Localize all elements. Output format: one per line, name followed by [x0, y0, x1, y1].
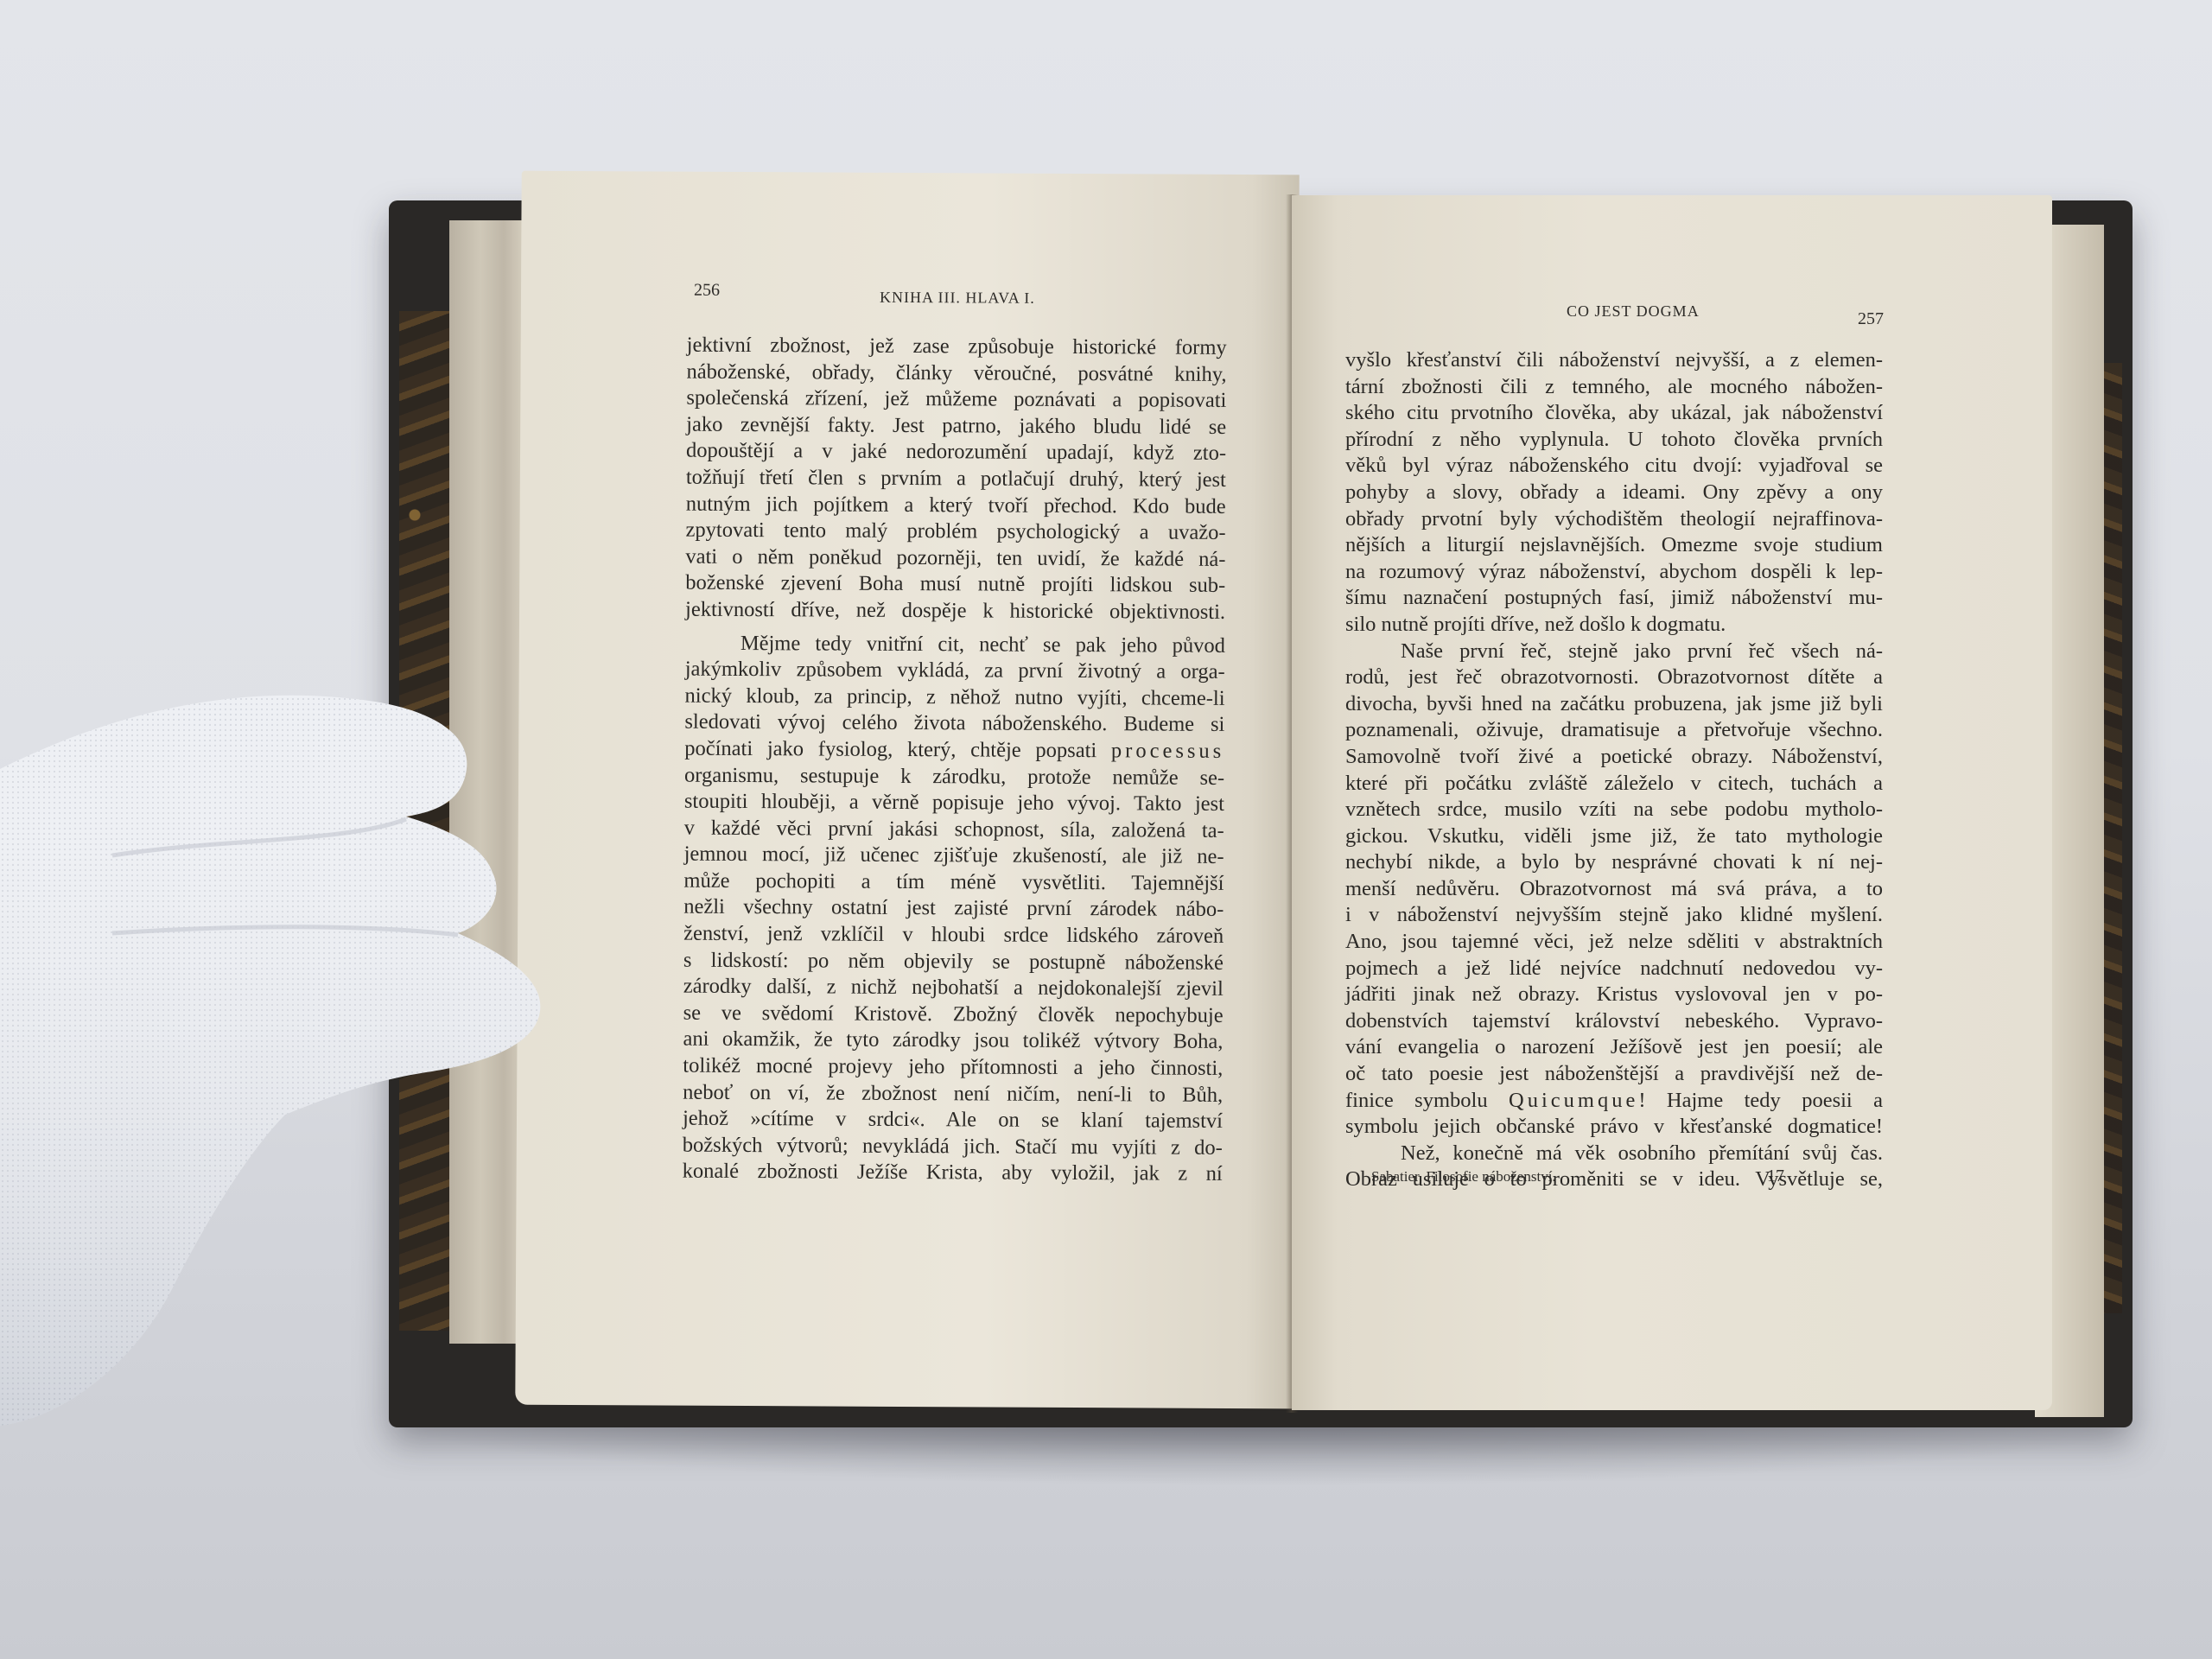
text-fragment: ! Hajme tedy poesii a: [1638, 1089, 1883, 1112]
text-line: které při počátku zvláště záleželo v cit…: [1345, 771, 1883, 798]
text-line: boženské zjevení Boha musí nutně projíti…: [685, 570, 1225, 600]
text-line-with-spaced-word: počínati jako fysiolog, který, chtěje po…: [684, 736, 1224, 766]
text-line: divocha, byvši hned na začátku probuzena…: [1345, 691, 1883, 718]
text-line: nežli všechny ostatní jest zajisté první…: [683, 894, 1224, 924]
text-line: symbolu jejich občanské právo v křesťans…: [1345, 1114, 1883, 1141]
text-line: i v náboženství nejvyšším stejně jako kl…: [1345, 902, 1883, 929]
text-line: jemnou mocí, již učenec zjišťuje zkušeno…: [684, 842, 1224, 871]
text-line: zpytovati tento malý problém psychologic…: [685, 518, 1225, 547]
right-page: CO JEST DOGMA 257 vyšlo křesťanství čili…: [1292, 195, 2052, 1410]
text-line: jektivností dříve, než dospěje k histori…: [685, 597, 1225, 626]
text-line: rodů, jest řeč obrazotvornosti. Obrazotv…: [1345, 664, 1883, 691]
text-line: ského citu prvotního člověka, aby ukázal…: [1345, 400, 1883, 427]
signature-title: Sabatier, Filosofie náboženství.: [1371, 1168, 1556, 1185]
spaced-emphasis: processus: [1111, 739, 1224, 763]
page-number-left: 256: [694, 281, 720, 301]
text-line: se ve svědomí Kristově. Zbožný člověk ne…: [683, 1000, 1224, 1029]
text-line: vznětech srdce, musilo vzíti na sebe pod…: [1345, 797, 1883, 823]
text-line: konalé zbožnosti Ježíše Krista, aby vylo…: [683, 1159, 1223, 1188]
text-line: jádřiti jinak než obrazy. Kristus vyslov…: [1345, 982, 1883, 1008]
text-line: božských výtvorů; nevykládá jich. Stačí …: [683, 1132, 1223, 1161]
text-line: vání evangelia o narození Ježíšově jest …: [1345, 1034, 1883, 1061]
text-line: nutným jich pojítkem a který tvoří přech…: [686, 491, 1226, 520]
spaced-emphasis: Quicumque: [1509, 1089, 1638, 1112]
text-line: přírodní z něho vyplynula. U tohoto člov…: [1345, 427, 1883, 454]
text-line: jehož »cítíme v srdci«. Ale on se klaní …: [683, 1106, 1223, 1135]
text-line: organismu, sestupuje k zárodku, protože …: [684, 762, 1224, 791]
text-fragment: finice symbolu: [1345, 1089, 1488, 1112]
text-line: dopouštějí a v jaké nedorozumění upadají…: [686, 438, 1226, 467]
text-line: v každé věci první jakási schopnost, síl…: [684, 815, 1224, 844]
running-head-left: KNIHA III. HLAVA I.: [880, 289, 1035, 308]
left-page-text: jektivní zbožnost, jež zase způsobuje hi…: [683, 333, 1227, 1188]
text-line: věků byl výraz náboženského citu dvojí: …: [1345, 453, 1883, 480]
text-line: sledovati vývoj celého života náboženské…: [684, 709, 1224, 739]
text-line: jakýmkoliv způsobem vykládá, za první ži…: [685, 657, 1225, 686]
left-page: 256 KNIHA III. HLAVA I. jektivní zbožnos…: [515, 171, 1299, 1409]
text-line: silo nutně projíti dříve, než došlo k do…: [1345, 612, 1883, 639]
text-line: nický kloub, za princip, z něhož nutno v…: [684, 683, 1224, 712]
text-line: dobenstvích tajemství království nebeské…: [1345, 1008, 1883, 1035]
text-line: vyšlo křesťanství čili náboženství nejvy…: [1345, 347, 1883, 374]
text-line: neboť on ví, že zbožnost není ničím, nen…: [683, 1079, 1223, 1109]
text-line: tární zbožnosti čili z temného, ale mocn…: [1345, 374, 1883, 401]
white-glove-hand: [0, 665, 553, 1426]
right-page-text: vyšlo křesťanství čili náboženství nejvy…: [1345, 347, 1883, 1193]
text-line: společenská zřízení, jež můžeme poznávat…: [686, 385, 1226, 415]
page-number-right: 257: [1858, 309, 1884, 329]
text-line: nějších a liturgií nejslavnějších. Omezm…: [1345, 532, 1883, 559]
text-line: pohyby a slovy, obřady a ideami. Ony zpě…: [1345, 480, 1883, 506]
text-line: tožňují třetí člen s prvním a potlačují …: [686, 465, 1226, 494]
text-line: s lidskostí: po něm objevily se postupně…: [683, 947, 1224, 976]
text-line: nechybí nikde, a bylo by nesprávné chova…: [1345, 849, 1883, 876]
text-line: ani okamžik, že tyto zárodky jsou toliké…: [683, 1027, 1223, 1056]
text-line: Ano, jsou tajemné věci, jež nelze sdělit…: [1345, 929, 1883, 956]
photo-scene: 256 KNIHA III. HLAVA I. jektivní zbožnos…: [0, 0, 2212, 1659]
text-line: menší nedůvěru. Obrazotvornost má svá pr…: [1345, 876, 1883, 903]
text-line: jako zevnější fakty. Jest patrno, jakého…: [686, 411, 1226, 441]
text-line-with-spaced-word: finice symbolu Quicumque! Hajme tedy poe…: [1345, 1088, 1883, 1115]
text-line: Samovolně tvoří živé a poetické obrazy. …: [1345, 744, 1883, 771]
signature-mark: 17: [1767, 1166, 1784, 1186]
text-line: náboženské, obřady, články věroučné, pos…: [686, 359, 1226, 388]
text-line: šímu naznačení postupných fasí, jimiž ná…: [1345, 585, 1883, 612]
text-line: pojmech a jež lidé nejvíce nadchnutí ned…: [1345, 956, 1883, 982]
text-line: oč tato poesie jest náboženštější a prav…: [1345, 1061, 1883, 1088]
text-line: gickou. Vskutku, viděli jsme již, že tat…: [1345, 823, 1883, 850]
text-line: Než, konečně má věk osobního přemítání s…: [1345, 1141, 1883, 1167]
text-line: na rozumový výraz náboženství, abychom d…: [1345, 559, 1883, 586]
text-line: může pochopiti a tím méně vysvětliti. Ta…: [683, 868, 1224, 898]
text-line: tolikéž mocné projevy jeho přítomnosti a…: [683, 1053, 1223, 1083]
text-line: stoupiti hlouběji, a věrně popisuje jeho…: [684, 789, 1224, 818]
text-line: obřady prvotní byly východištěm theologi…: [1345, 506, 1883, 533]
text-line: zárodky další, z nichž nejbohatší a nejd…: [683, 974, 1224, 1003]
text-line: ženství, jenž vzklíčil v hloubi srdce li…: [683, 921, 1224, 950]
text-line: Mějme tedy vnitřní cit, nechť se pak jeh…: [685, 630, 1225, 659]
text-line: jektivní zbožnost, jež zase způsobuje hi…: [687, 333, 1227, 362]
text-line: vati o něm poněkud pozorněji, ten uvidí,…: [685, 543, 1225, 573]
text-line: poznamenali, oživuje, dramatisuje a přet…: [1345, 717, 1883, 744]
running-head-right: CO JEST DOGMA: [1567, 302, 1700, 321]
text-line: Naše první řeč, stejně jako první řeč vš…: [1345, 639, 1883, 665]
text-fragment: počínati jako fysiolog, který, chtěje po…: [684, 737, 1096, 762]
